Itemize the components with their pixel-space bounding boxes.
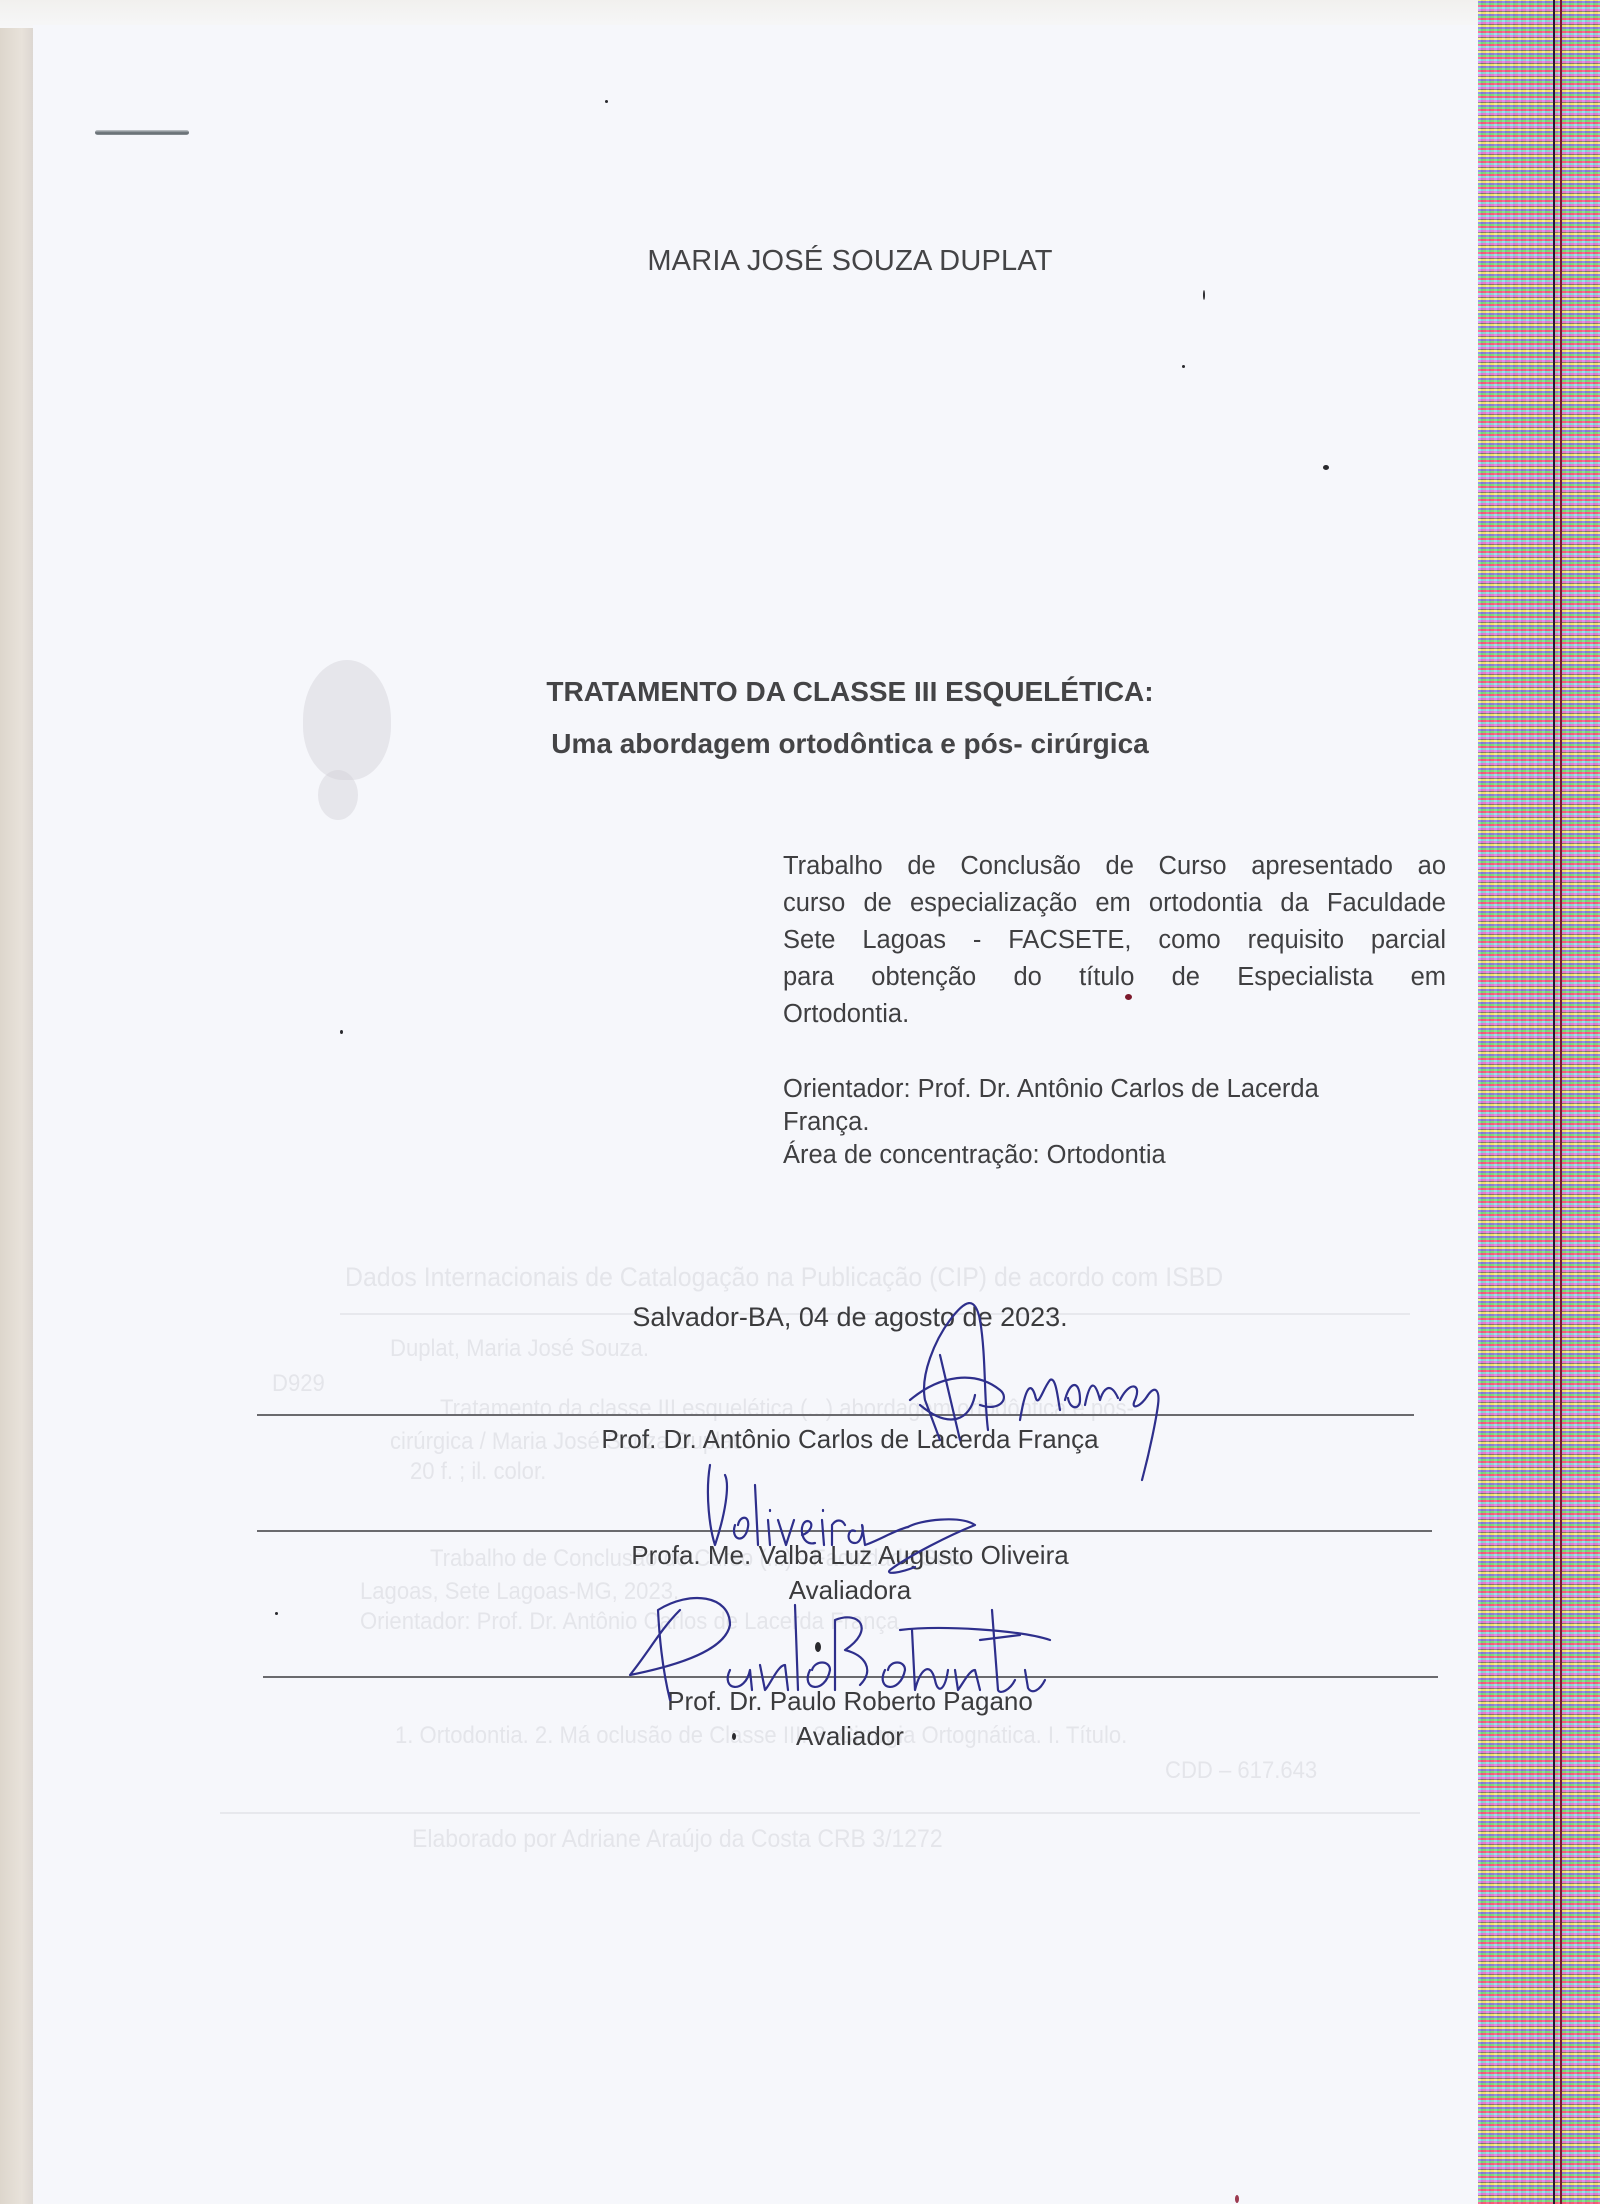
scanner-noise-strip (1478, 0, 1600, 2204)
presentation-line: para obtenção do título de Especialista … (783, 959, 1446, 996)
presentation-line: curso de especialização em ortodontia da… (783, 885, 1446, 922)
presentation-line: Sete Lagoas - FACSETE, como requisito pa… (783, 922, 1446, 959)
author-name: MARIA JOSÉ SOUZA DUPLAT (0, 245, 1600, 278)
dust-speck (605, 100, 608, 103)
dust-speck (1235, 2195, 1239, 2203)
showthrough-rule (220, 1812, 1420, 1814)
noise-line (1553, 0, 1555, 2204)
dust-speck (1203, 290, 1205, 300)
scanner-edge-top (0, 0, 1480, 28)
advisor-info: Orientador: Prof. Dr. Antônio Carlos de … (783, 1073, 1319, 1172)
dust-speck (1182, 365, 1185, 368)
handwritten-signature-evaluator-1 (690, 1455, 1010, 1585)
showthrough-code: D929 (272, 1370, 325, 1398)
advisor-line: França. (783, 1106, 1319, 1139)
scanner-edge-left (0, 0, 36, 2204)
showthrough-cdd: CDD – 617.643 (1165, 1757, 1317, 1785)
place-and-date: Salvador-BA, 04 de agosto de 2023. (0, 1302, 1600, 1333)
dust-speck (1125, 994, 1132, 1000)
dust-speck (340, 1030, 343, 1034)
dust-speck (275, 1612, 278, 1615)
paper-stain (318, 770, 358, 820)
concentration-area: Área de concentração: Ortodontia (783, 1139, 1319, 1172)
signature-line (257, 1414, 1414, 1416)
showthrough-entry-pages: 20 f. ; il. color. (410, 1458, 546, 1486)
presentation-line: Trabalho de Conclusão de Curso apresenta… (783, 848, 1446, 885)
presentation-paragraph: Trabalho de Conclusão de Curso apresenta… (783, 848, 1446, 1033)
thesis-subtitle: Uma abordagem ortodôntica e pós- cirúrgi… (0, 728, 1600, 760)
dust-speck (815, 1642, 821, 1652)
signatory-role: Avaliador (0, 1721, 1600, 1752)
dust-speck (1323, 465, 1329, 470)
advisor-line: Orientador: Prof. Dr. Antônio Carlos de … (783, 1073, 1319, 1106)
showthrough-entry-author: Duplat, Maria José Souza. (390, 1335, 649, 1363)
dust-speck (732, 1733, 736, 1740)
staple-mark (95, 130, 189, 135)
noise-line (1560, 0, 1562, 2204)
presentation-line: Ortodontia. (783, 996, 1446, 1033)
showthrough-prepared-by: Elaborado por Adriane Araújo da Costa CR… (412, 1825, 943, 1854)
handwritten-signature-evaluator-2 (620, 1570, 1140, 1720)
signatory-name: Prof. Dr. Antônio Carlos de Lacerda Fran… (0, 1424, 1600, 1455)
thesis-title: TRATAMENTO DA CLASSE III ESQUELÉTICA: (0, 676, 1600, 708)
